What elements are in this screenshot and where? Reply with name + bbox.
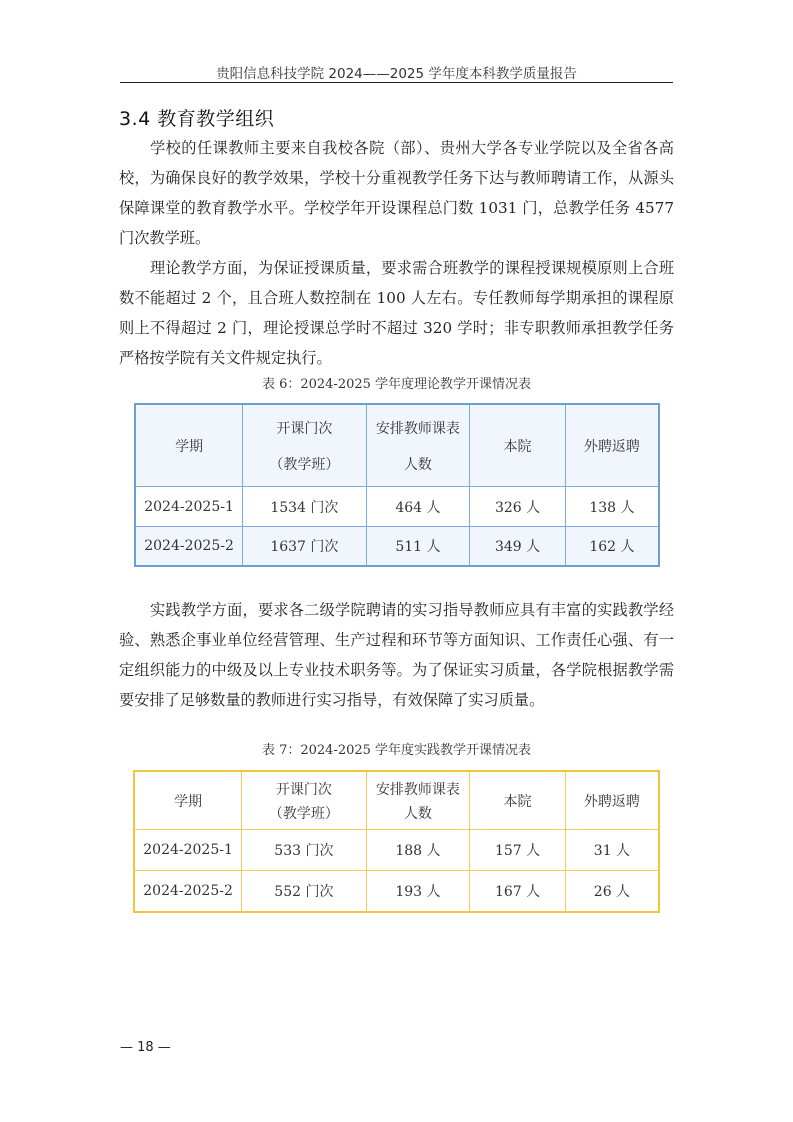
cell-internal: 167 人 bbox=[470, 871, 566, 913]
cell-internal: 349 人 bbox=[470, 527, 566, 567]
table-7-practice-courses: 学期 开课门次 （教学班） 安排教师课表 人数 本院 外聘返聘 2024-202… bbox=[133, 770, 660, 913]
cell-internal: 326 人 bbox=[470, 487, 566, 527]
cell-teachers: 193 人 bbox=[366, 871, 470, 913]
cell-external: 26 人 bbox=[565, 871, 659, 913]
header-internal: 本院 bbox=[470, 404, 566, 487]
header-teachers-line2: 人数 bbox=[367, 803, 470, 823]
cell-term: 2024-2025-1 bbox=[135, 487, 243, 527]
cell-external: 31 人 bbox=[565, 830, 659, 871]
header-teachers-line1: 安排教师课表 bbox=[367, 779, 470, 799]
table-6-caption: 表 6：2024-2025 学年度理论教学开课情况表 bbox=[120, 373, 673, 392]
header-courses: 开课门次 （教学班） bbox=[242, 771, 366, 830]
header-courses-line2: （教学班） bbox=[242, 803, 365, 823]
table-header-row: 学期 开课门次 （教学班） 安排教师课表 人数 本院 外聘返聘 bbox=[134, 771, 659, 830]
table-7-caption: 表 7：2024-2025 学年度实践教学开课情况表 bbox=[120, 739, 673, 758]
page-header: 贵阳信息科技学院 2024——2025 学年度本科教学质量报告 bbox=[120, 62, 673, 82]
table-6-theory-courses: 学期 开课门次 （教学班） 安排教师课表 人数 本院 外聘返聘 2024-202… bbox=[134, 403, 660, 567]
page-number: — 18 — bbox=[120, 1040, 171, 1055]
cell-courses: 1534 门次 bbox=[243, 487, 367, 527]
header-courses-line1: 开课门次 bbox=[242, 779, 365, 799]
header-term: 学期 bbox=[135, 404, 243, 487]
header-teachers-line2: 人数 bbox=[367, 454, 470, 474]
paragraph-practice-teaching: 实践教学方面，要求各二级学院聘请的实习指导教师应具有丰富的实践教学经验、熟悉企事… bbox=[119, 595, 674, 715]
paragraph-theory-teaching: 理论教学方面，为保证授课质量，要求需合班教学的课程授课规模原则上合班数不能超过 … bbox=[119, 253, 674, 373]
cell-external: 138 人 bbox=[565, 487, 659, 527]
table-row: 2024-2025-2 552 门次 193 人 167 人 26 人 bbox=[134, 871, 659, 913]
header-divider bbox=[120, 82, 673, 83]
cell-internal: 157 人 bbox=[470, 830, 566, 871]
table-header-row: 学期 开课门次 （教学班） 安排教师课表 人数 本院 外聘返聘 bbox=[135, 404, 659, 487]
header-term: 学期 bbox=[134, 771, 242, 830]
paragraph-intro: 学校的任课教师主要来自我校各院（部）、贵州大学各专业学院以及全省各高校，为确保良… bbox=[119, 133, 674, 253]
table-row: 2024-2025-2 1637 门次 511 人 349 人 162 人 bbox=[135, 527, 659, 567]
cell-external: 162 人 bbox=[565, 527, 659, 567]
header-teachers: 安排教师课表 人数 bbox=[366, 404, 470, 487]
section-heading: 3.4 教育教学组织 bbox=[119, 104, 274, 131]
cell-courses: 1637 门次 bbox=[243, 527, 367, 567]
cell-courses: 552 门次 bbox=[242, 871, 366, 913]
cell-teachers: 188 人 bbox=[366, 830, 470, 871]
cell-courses: 533 门次 bbox=[242, 830, 366, 871]
cell-term: 2024-2025-2 bbox=[135, 527, 243, 567]
table-row: 2024-2025-1 1534 门次 464 人 326 人 138 人 bbox=[135, 487, 659, 527]
cell-teachers: 511 人 bbox=[366, 527, 470, 567]
cell-teachers: 464 人 bbox=[366, 487, 470, 527]
header-courses-line2: （教学班） bbox=[243, 454, 366, 474]
cell-term: 2024-2025-1 bbox=[134, 830, 242, 871]
cell-term: 2024-2025-2 bbox=[134, 871, 242, 913]
header-internal: 本院 bbox=[470, 771, 566, 830]
header-courses: 开课门次 （教学班） bbox=[243, 404, 367, 487]
header-external: 外聘返聘 bbox=[565, 771, 659, 830]
table-row: 2024-2025-1 533 门次 188 人 157 人 31 人 bbox=[134, 830, 659, 871]
header-teachers: 安排教师课表 人数 bbox=[366, 771, 470, 830]
header-external: 外聘返聘 bbox=[565, 404, 659, 487]
header-courses-line1: 开课门次 bbox=[243, 418, 366, 438]
header-teachers-line1: 安排教师课表 bbox=[367, 418, 470, 438]
